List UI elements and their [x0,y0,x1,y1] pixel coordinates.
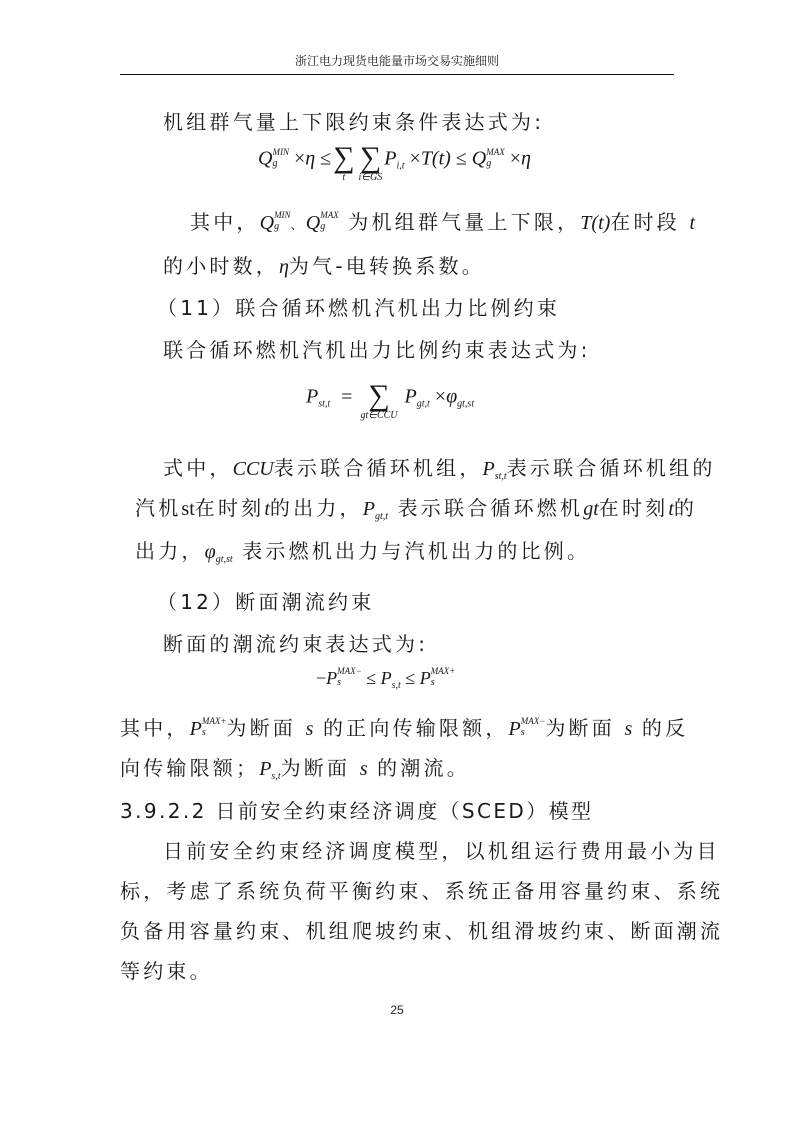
sum-symbol: ∑gt∈CCU [360,382,397,422]
sced-paragraph-line: 等约束。 [120,955,213,984]
text: 为气-电转换系数。 [289,254,485,278]
text: 为断面 [226,716,296,740]
eq-sub: s [521,728,546,738]
eq-sub: s [431,678,456,688]
eq-op: × [410,148,421,170]
eq-var: T(t) [580,212,610,234]
eq-op: ≤ [320,148,331,170]
text: 的 [674,496,697,520]
eq-op: × [435,386,446,408]
text: 出力， [135,539,205,563]
eq-var: η [279,256,289,278]
eq-var: Q [306,212,320,234]
page-number: 25 [0,1003,794,1017]
eq-sup: MAX− [521,717,546,726]
text: 表示联合循环燃机 [398,496,584,520]
section-12-heading: （12）断面潮流约束 [157,586,374,615]
gas-constraint-intro: 机组群气量上下限约束条件表达式为: [163,106,544,135]
eq-var: s [625,718,633,740]
eq-var: φ [446,386,457,408]
eq-var: P [259,758,271,780]
eq-var: st [181,498,194,520]
eq-sub: g [272,159,289,169]
eq-op: × [510,148,521,170]
eq-op: − [316,668,326,688]
eq-op: ≤ [456,148,467,170]
text: 向传输限额； [120,756,259,780]
eq-var: Q [258,148,272,170]
text: 的反 [642,716,688,740]
sum-limit: i∈GS [359,172,383,184]
eq-var: Q [260,212,274,234]
flow-explain-line-1: 其中，PMAX+s为断面 s 的正向传输限额，PMAX−s为断面 s 的反 [120,712,688,741]
eq-var: P [381,668,392,688]
text: 的潮流。 [377,756,470,780]
text: 其中， [190,210,260,234]
header-divider [120,74,674,75]
eq-sub: g [274,222,291,232]
text: 表示燃机出力与汽机出力的比例。 [242,539,590,563]
eq-var: φ [205,541,216,563]
eq-sub: g [320,222,339,232]
eq-sup: MIN [272,148,289,157]
text: 为断面 [281,756,351,780]
text: 其中， [120,716,190,740]
eq-sub: s [337,678,362,688]
flow-explain-line-2: 向传输限额；Ps,t为断面 s 的潮流。 [120,752,470,782]
eq-op: ≤ [366,668,376,688]
eq-sub: i,t [396,161,404,172]
text: 在时段 [610,210,680,234]
sced-paragraph-line: 日前安全约束经济调度模型，以机组运行费用最小为目 [163,835,720,864]
gas-explain-line-2: 的小时数，η为气-电转换系数。 [163,250,485,279]
text: 表示联合循环机组的 [507,456,716,480]
text: 的正向传输限额， [323,716,509,740]
section-heading-sced: 3.9.2.2 日前安全约束经济调度（SCED）模型 [120,795,593,824]
eq-sup: MAX+ [202,717,227,726]
text: 在时刻 [599,496,669,520]
eq-sub: gt,t [417,399,430,410]
eq-sub: s,t [392,680,401,691]
eq-var: s [360,758,368,780]
text: 汽机 [135,496,181,520]
eq-var: η [305,148,315,170]
eq-var: T(t) [421,148,451,170]
text: 在时刻 [195,496,265,520]
eq-sup: MAX [320,211,339,220]
eq-var: P [190,718,202,740]
eq-var: η [521,148,531,170]
eq-sub: s [202,728,227,738]
eq-op: = [341,386,352,408]
eq-var: P [363,498,375,520]
eq-var: P [384,148,396,170]
eq-op: ≤ [405,668,415,688]
eq-var: P [420,668,431,688]
eq-var: t [689,212,695,234]
ccu-ratio-equation: Pst,t =∑gt∈CCU Pgt,t ×φgt,st [306,378,474,418]
sum-symbol: ∑t [333,144,354,184]
sced-paragraph-line: 标，考虑了系统负荷平衡约束、系统正备用容量约束、系统 [120,875,723,904]
eq-sub: gt,t [375,511,388,522]
sum-limit: gt∈CCU [360,410,397,422]
eq-sub: g [486,159,505,169]
text: 为机组群气量上下限， [348,210,580,234]
eq-var: Q [472,148,486,170]
eq-var: s [306,718,314,740]
gas-constraint-equation: QMINg ×η ≤∑t∑i∈GSPi,t ×T(t) ≤ QMAXg ×η [258,140,531,180]
eq-var: P [326,668,337,688]
eq-var: P [483,458,495,480]
eq-sub: st,t [495,471,507,482]
eq-sub: gt,st [216,554,233,565]
text: 、 [291,218,306,232]
text: 的小时数， [163,254,279,278]
text: 为断面 [545,716,615,740]
sum-symbol: ∑i∈GS [359,144,383,184]
section-12-intro: 断面的潮流约束表达式为: [163,628,428,657]
eq-var: CCU [233,458,274,480]
eq-op: × [294,148,305,170]
eq-var: P [405,386,417,408]
gas-explain-line-1: 其中，QMINg、QMAXg 为机组群气量上下限，T(t)在时段 t [190,206,695,235]
section-11-heading: （11）联合循环燃机汽机出力比例约束 [157,292,560,321]
text: 式中， [163,456,233,480]
eq-sub: s,t [271,771,280,782]
section-11-intro: 联合循环燃机汽机出力比例约束表达式为: [163,334,591,363]
ccu-explain-line-2: 汽机st在时刻t的出力，Pgt,t 表示联合循环燃机gt在时刻t的 [135,492,697,522]
eq-var: P [509,718,521,740]
eq-sup: MAX [486,148,505,157]
eq-sup: MIN [274,211,291,220]
eq-sup: MAX− [337,667,362,676]
eq-var: P [306,386,318,408]
text: 的出力， [270,496,363,520]
text: 表示联合循环机组， [274,456,483,480]
ccu-explain-line-1: 式中，CCU表示联合循环机组，Pst,t表示联合循环机组的 [163,452,716,482]
eq-sup: MAX+ [431,667,456,676]
eq-var: gt [583,498,599,520]
ccu-explain-line-3: 出力，φgt,st 表示燃机出力与汽机出力的比例。 [135,535,590,565]
section-flow-equation: −PMAX−s ≤ Ps,t ≤ PMAX+s [316,668,455,691]
running-header: 浙江电力现货电能量市场交易实施细则 [120,52,674,69]
eq-sub: st,t [318,399,330,410]
eq-sub: gt,st [457,399,474,410]
sced-paragraph-line: 负备用容量约束、机组爬坡约束、机组滑坡约束、断面潮流 [120,915,723,944]
